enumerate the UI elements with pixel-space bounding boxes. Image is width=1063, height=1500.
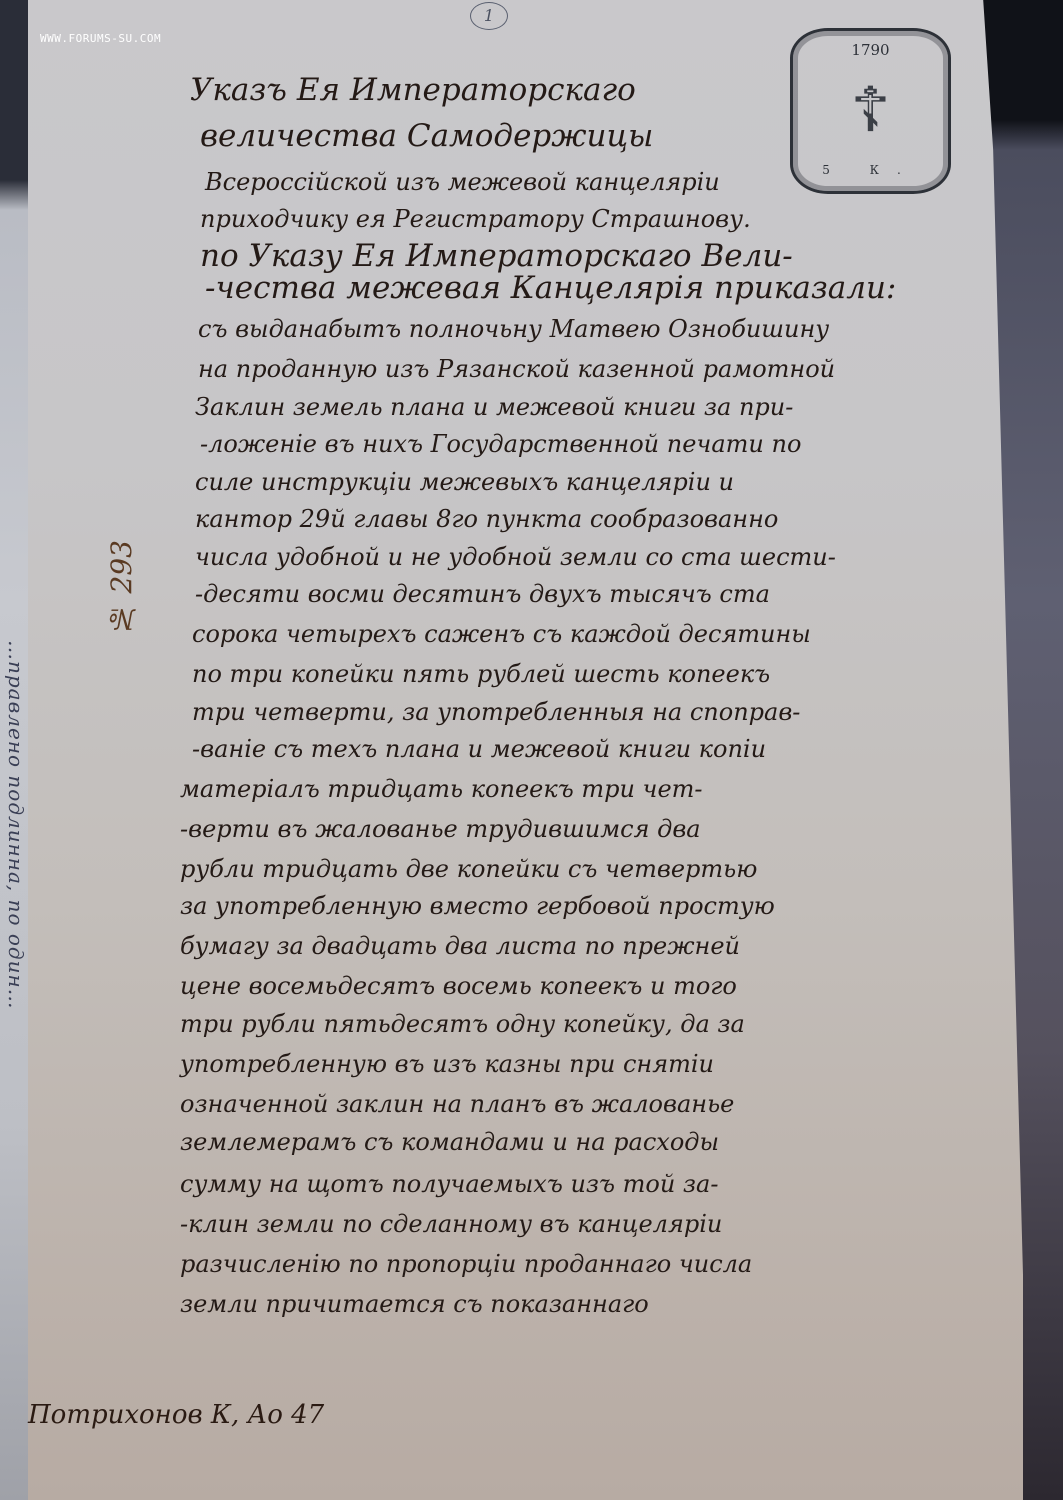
document-line: Всероссiйской изъ межевой канцелярiи: [205, 168, 720, 196]
document-line: кантор 29й главы 8го пункта сообразованн…: [195, 505, 778, 533]
margin-note-number: № 293: [105, 540, 138, 635]
document-line: числа удобной и не удобной земли со ста …: [195, 543, 836, 571]
document-line: за употребленную вместо гербовой простую: [180, 892, 775, 920]
document-line: земли причитается съ показаннаго: [180, 1290, 649, 1318]
document-line: -ложенiе въ нихъ Государственной печати …: [200, 430, 801, 458]
page-number: 1: [470, 2, 508, 30]
double-headed-eagle-icon: ☦: [823, 67, 918, 152]
document-line: три рубли пятьдесятъ одну копейку, да за: [180, 1010, 745, 1038]
document-line: сорока четырехъ саженъ съ каждой десятин…: [192, 620, 811, 648]
document-line: -ванiе съ техъ плана и межевой книги коп…: [192, 735, 766, 763]
document-line: Указъ Ея Императорскаго: [190, 72, 636, 108]
document-line: -верти въ жалованье трудившимся два: [180, 815, 701, 843]
document-line: -чества межевая Канцелярiя приказали:: [205, 270, 896, 306]
document-line: сумму на щотъ получаемыхъ изъ той за-: [180, 1170, 718, 1198]
document-line: -клин земли по сделанному въ канцелярiи: [180, 1210, 722, 1238]
document-line: три четверти, за употребленныя на спопра…: [192, 698, 800, 726]
watermark: WWW.FORUMS-SU.COM: [40, 32, 161, 45]
document-line: цене восемьдесятъ восемь копеекъ и того: [180, 972, 737, 1000]
document-line: матерiалъ тридцать копеекъ три чет-: [180, 775, 703, 803]
document-line: по три копейки пять рублей шесть копеекъ: [192, 660, 770, 688]
stamp-value: 5 К.: [793, 163, 948, 177]
document-line: бумагу за двадцать два листа по прежней: [180, 932, 740, 960]
document-line: рубли тридцать две копейки съ четвертью: [180, 855, 757, 883]
adjacent-document-text: …правлено подлинна, по один…: [4, 640, 28, 1010]
document-line: по Указу Ея Императорскаго Вели-: [200, 238, 793, 274]
document-line: -десяти восми десятинъ двухъ тысячъ ста: [195, 580, 770, 608]
stamp-seal: 1790 ☦ 5 К.: [790, 28, 951, 194]
document-line: приходчику ея Регистратору Страшнову.: [200, 205, 751, 233]
document-line: землемерамъ съ командами и на расходы: [180, 1128, 719, 1156]
document-line: употребленную въ изъ казны при снятiи: [180, 1050, 714, 1078]
document-line: означенной заклин на планъ въ жалованье: [180, 1090, 734, 1118]
document-line: силе инструкцiи межевыхъ канцелярiи и: [195, 468, 734, 496]
stamp-year: 1790: [793, 41, 948, 59]
signature: Потрихонов К, Ао 47: [28, 1400, 324, 1430]
document-line: Заклин земель плана и межевой книги за п…: [195, 393, 793, 421]
document-line: величества Самодержицы: [200, 118, 653, 154]
document-line: разчисленiю по пропорцiи проданнаго числ…: [180, 1250, 752, 1278]
document-line: на проданную изъ Рязанской казенной рамо…: [198, 355, 835, 383]
document-line: съ выданабытъ полночьну Матвею Ознобишин…: [198, 315, 829, 343]
